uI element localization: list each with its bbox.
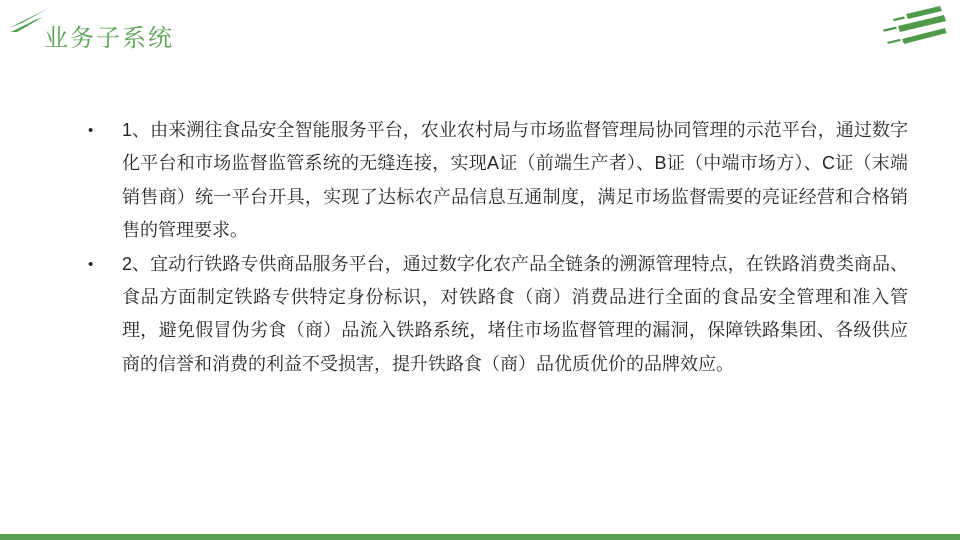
slide-body: • 1、由来溯往食品安全智能服务平台，农业农村局与市场监督管理局协同管理的示范平… xyxy=(88,114,908,381)
round-bullet-icon: • xyxy=(88,114,122,147)
list-item: • 2、宜动行铁路专供商品服务平台，通过数字化农产品全链条的溯源管理特点，在铁路… xyxy=(88,248,908,382)
bullet-list: • 1、由来溯往食品安全智能服务平台，农业农村局与市场监督管理局协同管理的示范平… xyxy=(88,114,908,381)
footer-accent-bar xyxy=(0,534,960,540)
bullet-paragraph-1: 1、由来溯往食品安全智能服务平台，农业农村局与市场监督管理局协同管理的示范平台，… xyxy=(122,114,908,248)
presentation-slide: 业务子系统 • 1、由来溯往食品安全智能服务平台，农业农村局与市场监督管理局协同… xyxy=(0,0,960,540)
page-title: 业务子系统 xyxy=(44,25,174,53)
list-item: • 1、由来溯往食品安全智能服务平台，农业农村局与市场监督管理局协同管理的示范平… xyxy=(88,114,908,248)
bullet-paragraph-2: 2、宜动行铁路专供商品服务平台，通过数字化农产品全链条的溯源管理特点，在铁路消费… xyxy=(122,248,908,382)
round-bullet-icon: • xyxy=(88,248,122,281)
brand-strokes-logo-icon xyxy=(874,4,948,53)
